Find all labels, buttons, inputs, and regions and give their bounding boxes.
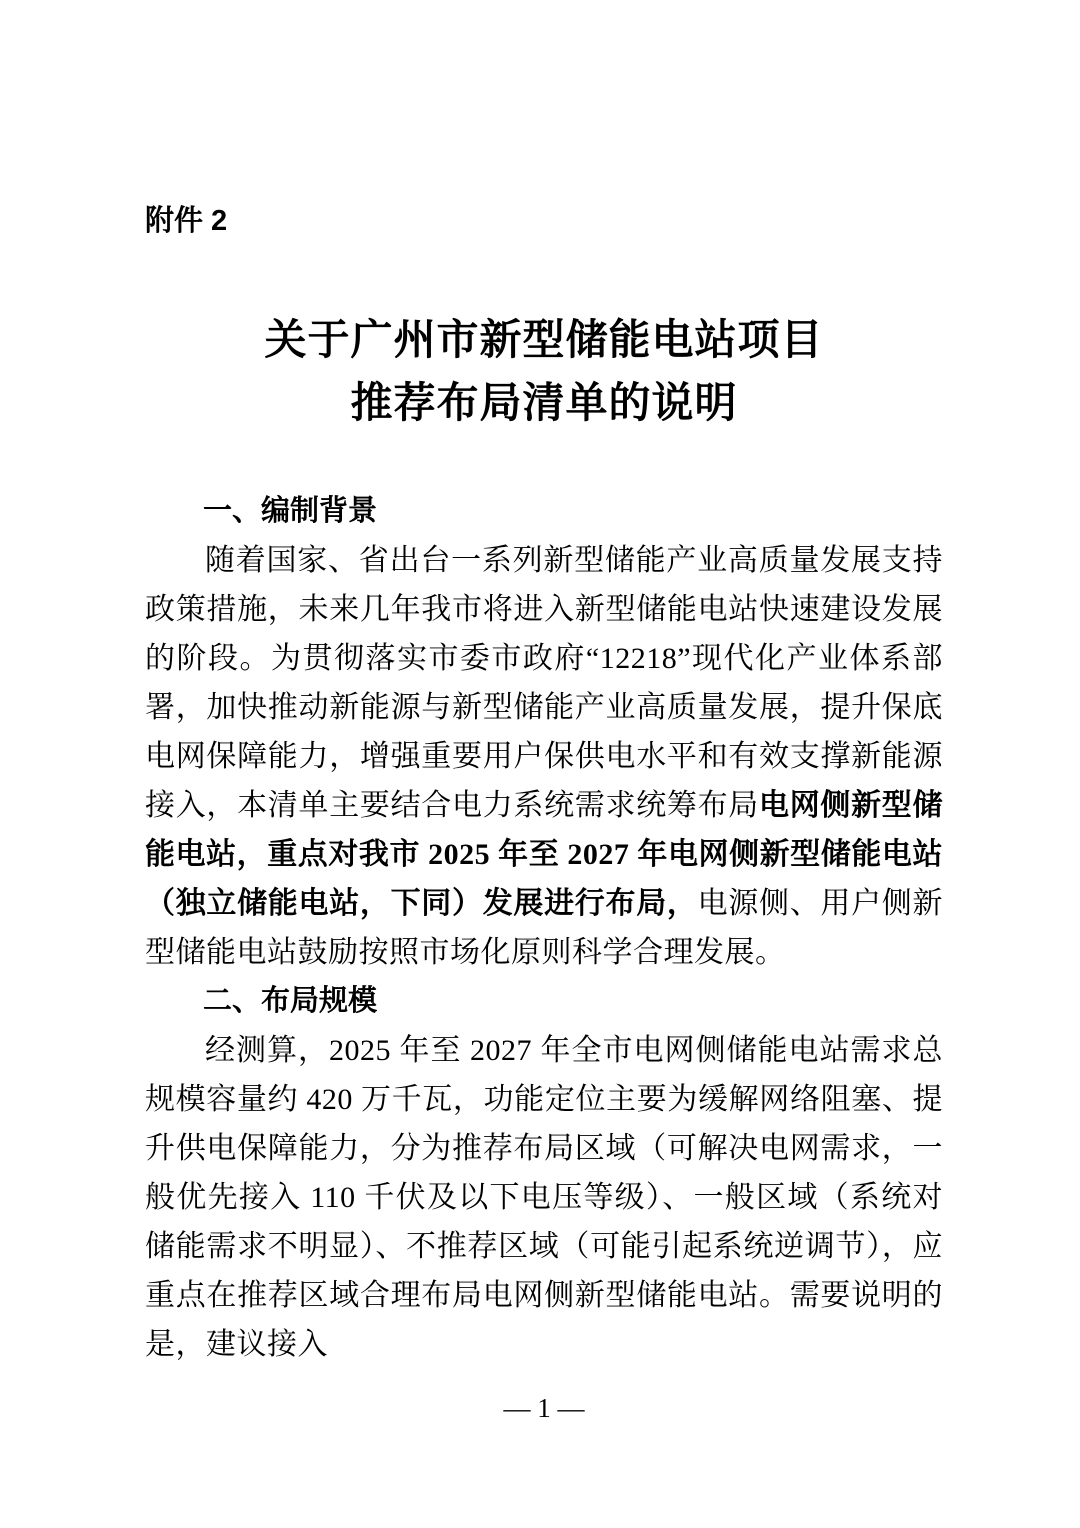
text-run: 随着国家、省出台一系列新型储能产业高质量发展支持政策措施，未来几年我市将进入新型… <box>145 544 943 822</box>
attachment-label: 附件 2 <box>145 207 943 236</box>
doc-title: 关于广州市新型储能电站项目 推荐布局清单的说明 <box>145 310 943 436</box>
doc-title-line1: 关于广州市新型储能电站项目 <box>145 310 943 373</box>
section-heading-scale: 二、布局规模 <box>145 977 943 1026</box>
doc-title-line2: 推荐布局清单的说明 <box>145 373 943 436</box>
section-scale-paragraph: 经测算，2025 年至 2027 年全市电网侧储能电站需求总规模容量约 420 … <box>145 1026 943 1369</box>
document-page: 附件 2 关于广州市新型储能电站项目 推荐布局清单的说明 一、编制背景 随着国家… <box>0 0 1080 1528</box>
section-heading-background: 一、编制背景 <box>145 487 943 536</box>
page-number: — 1 — <box>145 1395 943 1422</box>
section-background-paragraph: 随着国家、省出台一系列新型储能产业高质量发展支持政策措施，未来几年我市将进入新型… <box>145 536 943 977</box>
text-run: 经测算，2025 年至 2027 年全市电网侧储能电站需求总规模容量约 420 … <box>145 1034 943 1361</box>
